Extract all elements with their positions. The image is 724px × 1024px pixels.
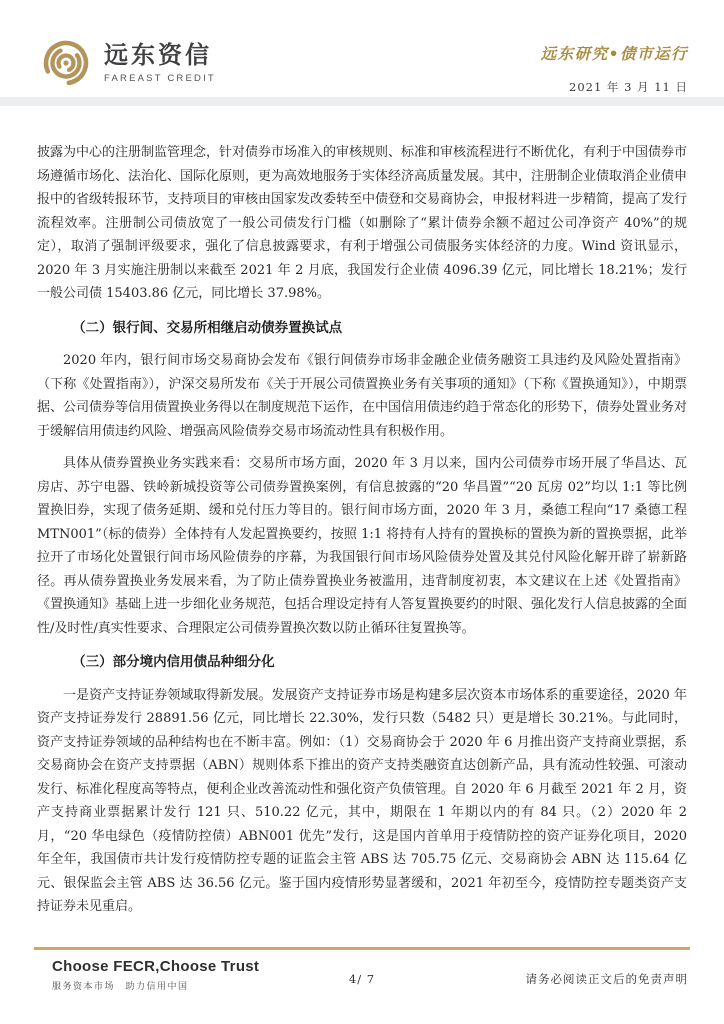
footer-row: Choose FECR,Choose Trust 服务资本市场 助力信用中国 4… bbox=[34, 958, 690, 998]
section-2-paragraph-2: 具体从债券置换业务实践来看：交易所市场方面，2020 年 3 月以来，国内公司债… bbox=[37, 452, 687, 640]
brand-name-cn: 远东资信 bbox=[104, 43, 216, 69]
report-series-title: 远东研究•债市运行 bbox=[541, 42, 688, 64]
page-header: 远东资信 FAREAST CREDIT 远东研究•债市运行 2021 年 3 月… bbox=[0, 0, 724, 97]
section-3-heading: （三）部分境内信用债品种细分化 bbox=[37, 651, 687, 675]
header-right: 远东研究•债市运行 2021 年 3 月 11 日 bbox=[541, 42, 688, 95]
section-2-paragraph-1: 2020 年内，银行间市场交易商协会发布《银行间债券市场非金融企业债务融资工具违… bbox=[37, 349, 687, 443]
document-body: 披露为中心的注册制监管理念，针对债券市场准入的审核规则、标准和审核流程进行不断优… bbox=[37, 141, 687, 928]
footer-gold-rule bbox=[34, 947, 690, 950]
header-divider-band bbox=[0, 97, 724, 106]
section-3-paragraph-1: 一是资产支持证券领域取得新发展。发展资产支持证券市场是构建多层次资本市场体系的重… bbox=[37, 684, 687, 919]
brand-logo: 远东资信 FAREAST CREDIT bbox=[40, 37, 216, 89]
section-2-heading: （二）银行间、交易所相继启动债券置换试点 bbox=[37, 317, 687, 341]
page-footer: Choose FECR,Choose Trust 服务资本市场 助力信用中国 4… bbox=[0, 947, 724, 998]
footer-disclaimer: 请务必阅读正文后的免责声明 bbox=[526, 971, 689, 987]
paragraph-continuation: 披露为中心的注册制监管理念，针对债券市场准入的审核规则、标准和审核流程进行不断优… bbox=[37, 141, 687, 306]
fareast-credit-logo-icon bbox=[40, 37, 92, 89]
brand-name-en: FAREAST CREDIT bbox=[104, 73, 216, 84]
brand-text: 远东资信 FAREAST CREDIT bbox=[104, 43, 216, 84]
document-page: 远东资信 FAREAST CREDIT 远东研究•债市运行 2021 年 3 月… bbox=[0, 0, 724, 1024]
report-date: 2021 年 3 月 11 日 bbox=[541, 79, 688, 95]
